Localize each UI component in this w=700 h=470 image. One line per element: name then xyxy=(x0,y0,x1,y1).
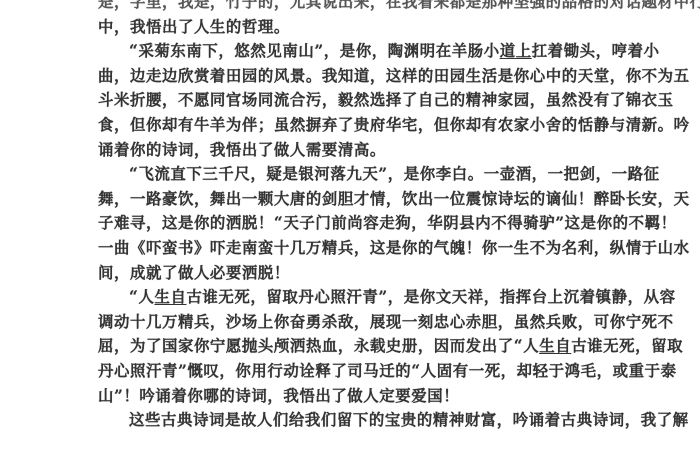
text-line: 中，我悟出了人生的哲理。 xyxy=(98,15,604,40)
text-line-partial: 是，字里，我是，竹子的，尤其说出来，在我看来都是那种坚强的品格的对话题材中行 xyxy=(98,0,604,15)
text-line: 丹心照汗青”慨叹，你用行动诠释了司马迁的“人固有一死，却轻于鸿毛，或重于泰 xyxy=(98,359,604,384)
text-line: 斗米折腰，不愿同官场同流合污，毅然选择了自己的精神家园，虽然没有了锦衣玉 xyxy=(98,88,604,113)
document-page: 是，字里，我是，竹子的，尤其说出来，在我看来都是那种坚强的品格的对话题材中行 中… xyxy=(98,0,604,433)
text-line-paragraph-start: “人生自古谁无死，留取丹心照汗青”，是你文天祥，指挥台上沉着镇静，从容 xyxy=(98,285,604,310)
text-line-paragraph-start: 这些古典诗词是故人们给我们留下的宝贵的精神财富，吟诵着古典诗词，我了解 xyxy=(98,408,604,433)
text-line: 食，但你却有牛羊为伴；虽然摒弃了贵府华宅，但你却有农家小舍的恬静与清新。吟 xyxy=(98,113,604,138)
text-segment: 屈，为了国家你宁愿抛头颅洒热血，永载史册，因而发出了“人 xyxy=(98,337,539,355)
text-line: 间，成就了做人必要洒脱！ xyxy=(98,261,604,286)
text-segment: 古谁无死，留取丹心照汗青”，是你文天祥，指挥台上沉着镇静，从容 xyxy=(186,288,675,306)
text-line: 子难寻，这是你的洒脱！“天子门前尚容走狗，华阴县内不得骑驴”这是你的不羁！ xyxy=(98,211,604,236)
text-line: 调动十几万精兵，沙场上你奋勇杀敌，展现一刻忠心赤胆，虽然兵败，可你宁死不 xyxy=(98,310,604,335)
underlined-text: 生自 xyxy=(154,288,186,306)
text-line-paragraph-start: “采菊东南下，悠然见南山”，是你，陶渊明在羊肠小道上扛着锄头，哼着小 xyxy=(98,39,604,64)
text-line: 山”！吟诵着你哪的诗词，我悟出了做人定要爱国！ xyxy=(98,384,604,409)
text-line-paragraph-start: “飞流直下三千尺，疑是银河落九天”，是你李白。一壶酒，一把剑，一路征 xyxy=(98,162,604,187)
text-segment: 扛着锄头，哼着小 xyxy=(532,42,660,60)
text-line: 一曲《吓蛮书》吓走南蛮十几万精兵，这是你的气魄！你一生不为名利，纵情于山水 xyxy=(98,236,604,261)
text-segment: “采菊东南下，悠然见南山”，是你，陶渊明在羊肠小 xyxy=(129,42,500,60)
text-line: 诵着你的诗词，我悟出了做人需要清高。 xyxy=(98,138,604,163)
underlined-text: 生自 xyxy=(539,337,571,355)
text-line: 舞，一路豪饮，舞出一颗大唐的剑胆才情，饮出一位震惊诗坛的谪仙！醉卧长安，天 xyxy=(98,187,604,212)
text-line: 屈，为了国家你宁愿抛头颅洒热血，永载史册，因而发出了“人生自古谁无死，留取 xyxy=(98,334,604,359)
text-line: 曲，边走边欣赏着田园的风景。我知道，这样的田园生活是你心中的天堂，你不为五 xyxy=(98,64,604,89)
text-segment: 古谁无死，留取 xyxy=(571,337,683,355)
text-segment: “人 xyxy=(129,288,154,306)
underlined-text: 道上 xyxy=(500,42,532,60)
